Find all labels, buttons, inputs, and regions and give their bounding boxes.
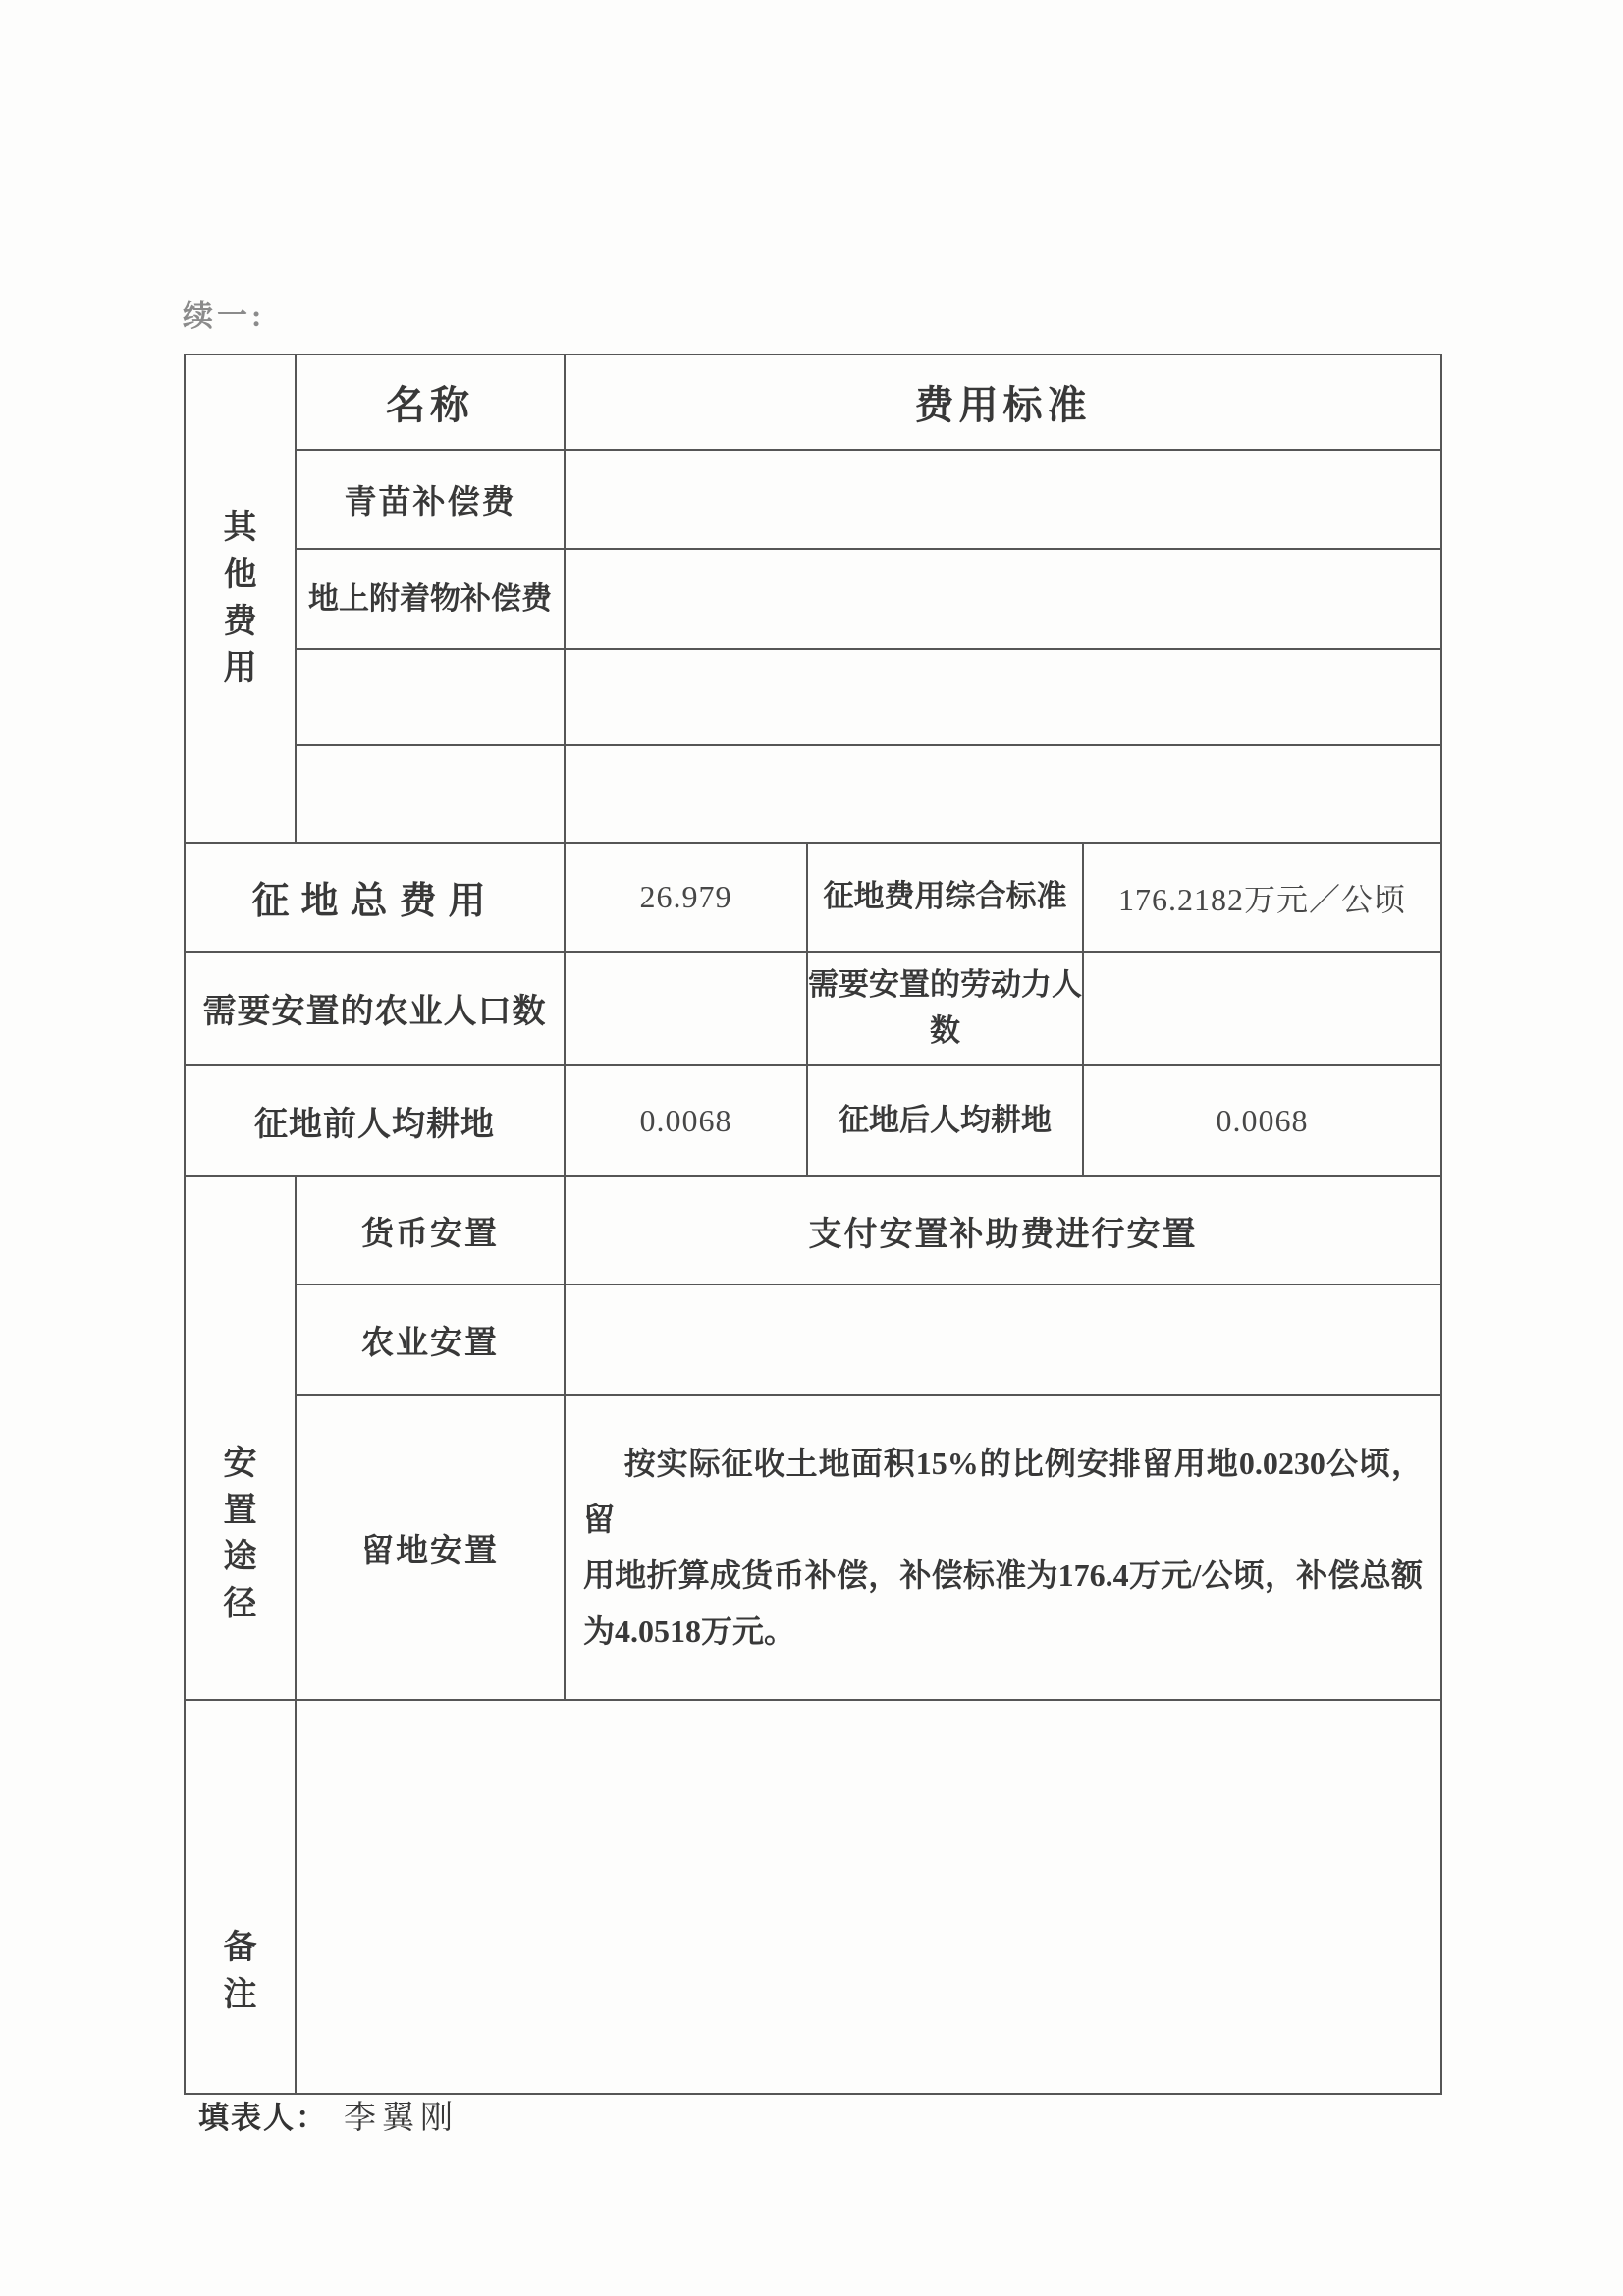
scanned-form-page: 续一: 其他费用 名称 费用标准 青苗补偿费 地上附着物补偿费 征地总费用 26…: [0, 0, 1623, 2296]
continuation-label: 续一:: [183, 291, 265, 335]
cell-percapita-after-value: 0.0068: [1084, 1066, 1440, 1177]
section-label-resettlement: 安置途径: [186, 1177, 297, 1701]
section-label-other-fees-text: 其他费用: [221, 505, 259, 691]
cell-agri-resettle-value: [566, 1285, 1440, 1396]
cell-otherfee-row3-value: [566, 650, 1440, 746]
land-expropriation-table: 其他费用 名称 费用标准 青苗补偿费 地上附着物补偿费 征地总费用 26.979…: [184, 354, 1442, 2095]
cell-otherfee-row3-label: [297, 650, 566, 746]
header-fee-standard: 费用标准: [566, 355, 1440, 451]
cell-comprehensive-standard-label: 征地费用综合标准: [808, 844, 1084, 953]
paragraph-line-3: 为4.0518万元。: [583, 1604, 1423, 1660]
section-label-other-fees: 其他费用: [186, 355, 297, 844]
cell-comprehensive-standard-value: 176.2182万元／公顷: [1084, 844, 1440, 953]
cell-qingmiao-label: 青苗补偿费: [297, 451, 566, 550]
paragraph-line-2: 用地折算成货币补偿，补偿标准为176.4万元/公顷，补偿总额: [583, 1548, 1423, 1604]
cell-total-cost-label: 征地总费用: [186, 844, 566, 953]
cell-attachments-value: [566, 550, 1440, 650]
paragraph-line-1: 按实际征收土地面积15%的比例安排留用地0.0230公顷，留: [583, 1436, 1423, 1548]
cell-otherfee-row4-label: [297, 746, 566, 844]
cell-attachments-label: 地上附着物补偿费: [297, 550, 566, 650]
section-label-resettlement-text: 安置途径: [221, 1441, 259, 1627]
cell-qingmiao-value: [566, 451, 1440, 550]
cell-total-cost-value: 26.979: [566, 844, 808, 953]
cell-agri-population-label: 需要安置的农业人口数: [186, 953, 566, 1066]
cell-currency-resettle-value: 支付安置补助费进行安置: [566, 1177, 1440, 1285]
cell-reserved-land-value: 按实际征收土地面积15%的比例安排留用地0.0230公顷，留 用地折算成货币补偿…: [566, 1396, 1440, 1701]
header-fee-name: 名称: [297, 355, 566, 451]
form-filler-name: 李翼刚: [344, 2092, 459, 2138]
cell-agri-resettle-label: 农业安置: [297, 1285, 566, 1396]
form-filler-row: 填表人： 李翼刚: [198, 2092, 459, 2138]
section-label-remarks: 备注: [186, 1701, 297, 2093]
cell-agri-population-value: [566, 953, 808, 1066]
cell-percapita-before-label: 征地前人均耕地: [186, 1066, 566, 1177]
section-label-remarks-text: 备注: [221, 1925, 259, 2018]
cell-currency-resettle-label: 货币安置: [297, 1177, 566, 1285]
reserved-land-paragraph: 按实际征收土地面积15%的比例安排留用地0.0230公顷，留 用地折算成货币补偿…: [583, 1436, 1423, 1660]
cell-labor-count-value: [1084, 953, 1440, 1066]
cell-reserved-land-label: 留地安置: [297, 1396, 566, 1701]
cell-percapita-before-value: 0.0068: [566, 1066, 808, 1177]
cell-otherfee-row4-value: [566, 746, 1440, 844]
cell-percapita-after-label: 征地后人均耕地: [808, 1066, 1084, 1177]
form-filler-label: 填表人：: [198, 2093, 328, 2137]
cell-labor-count-label: 需要安置的劳动力人数: [808, 953, 1084, 1066]
cell-remarks-content: [297, 1701, 1440, 2093]
